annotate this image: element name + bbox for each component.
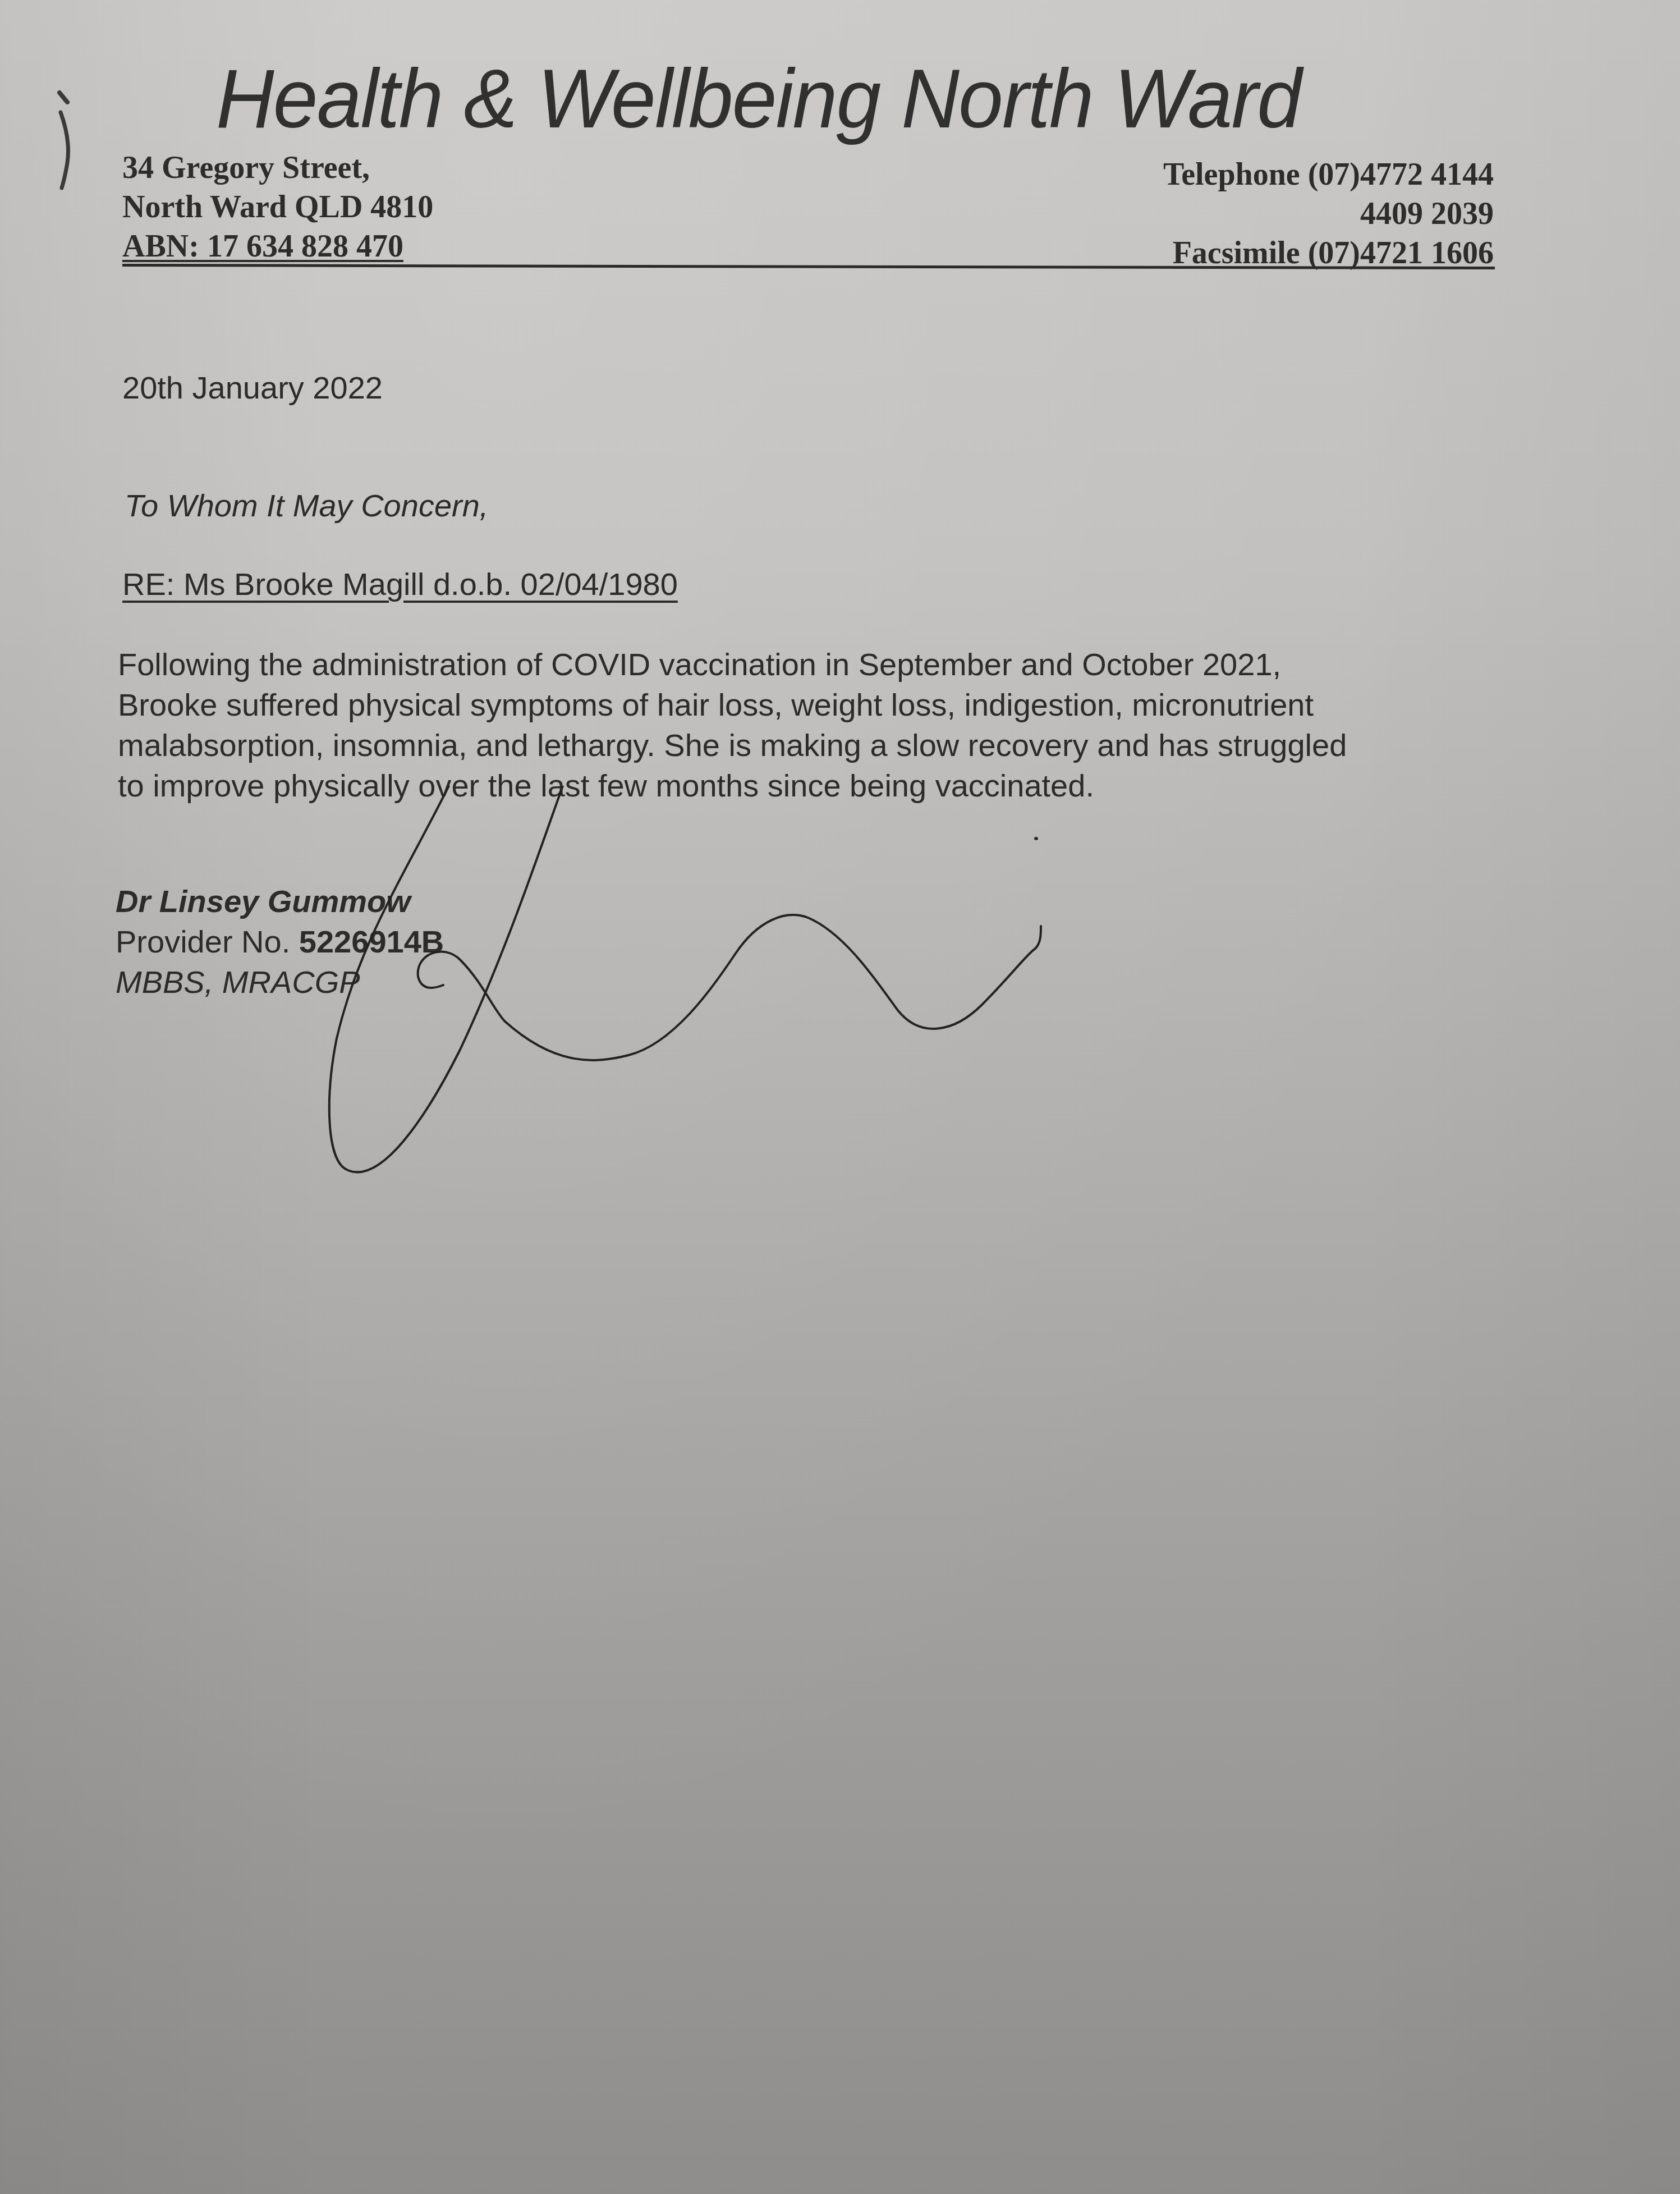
signature-block: Dr Linsey Gummow Provider No. 5226914B M… (116, 881, 444, 1002)
telephone: Telephone (07)4772 4144 (1163, 155, 1494, 194)
address-street: 34 Gregory Street, (122, 148, 433, 187)
letter-body: Following the administration of COVID va… (118, 644, 1347, 806)
provider-label: Provider No. (116, 924, 290, 959)
telephone-alt: 4409 2039 (1163, 194, 1494, 233)
signatory-qualifications: MBBS, MRACGP (116, 962, 444, 1002)
re-line: RE: Ms Brooke Magill d.o.b. 02/04/1980 (122, 566, 678, 602)
address-block: 34 Gregory Street, North Ward QLD 4810 A… (122, 148, 433, 266)
signatory-name: Dr Linsey Gummow (116, 881, 444, 922)
body-line: malabsorption, insomnia, and lethargy. S… (118, 725, 1347, 766)
contact-block: Telephone (07)4772 4144 4409 2039 Facsim… (1163, 155, 1494, 273)
ink-dot (1034, 837, 1038, 840)
address-suburb: North Ward QLD 4810 (122, 187, 433, 227)
abn: ABN: 17 634 828 470 (122, 227, 433, 266)
paper-background (0, 0, 1680, 2194)
body-line: Following the administration of COVID va… (118, 644, 1347, 685)
provider-number-line: Provider No. 5226914B (116, 922, 444, 962)
body-line: Brooke suffered physical symptoms of hai… (118, 685, 1347, 725)
salutation: To Whom It May Concern, (125, 487, 488, 524)
body-line: to improve physically over the last few … (118, 766, 1347, 806)
letter-date: 20th January 2022 (122, 369, 383, 406)
logo-mark-icon (51, 79, 73, 191)
provider-number: 5226914B (299, 924, 444, 959)
organization-title: Health & Wellbeing North Ward (216, 52, 1301, 147)
